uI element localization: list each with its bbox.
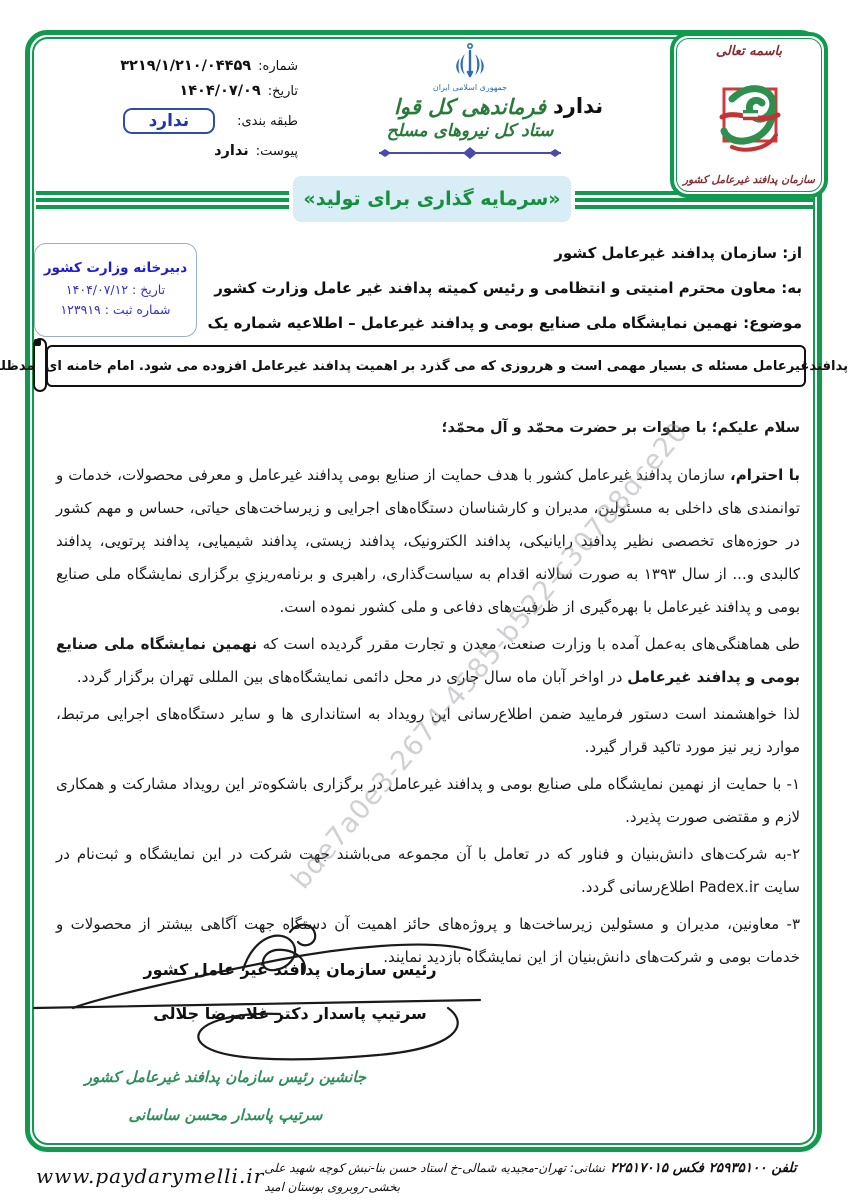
deputy-title: جانشین رئیس سازمان پدافند غیرعامل کشور	[58, 1058, 393, 1096]
number-value: ۳۲۱۹/۱/۲۱۰/۰۴۴۵۹	[120, 58, 251, 74]
letter-page: باسمه تعالی سازمان پدافند غیرعامل کشور ش…	[0, 0, 848, 1200]
to-line: به: معاون محترم امنیتی و انتظامی و رئیس …	[210, 271, 802, 306]
stamp-title: دبیرخانه وزارت کشور	[44, 260, 187, 276]
deputy-signature-block: جانشین رئیس سازمان پدافند غیرعامل کشور س…	[58, 1058, 393, 1134]
scroll-handle-ornament	[33, 338, 47, 392]
footer-address: نشانی: تهران-مجیدیه شمالی-خ استاد حسن بن…	[264, 1161, 605, 1194]
from-line: از: سازمان پدافند غیرعامل کشور	[210, 236, 802, 271]
p2-part-a: طی هماهنگی‌های به‌عمل آمده با وزارت صنعت…	[257, 635, 800, 653]
letter-body: سلام علیکم؛ با صلوات بر حضرت محمّد و آل …	[56, 412, 800, 978]
attachment-value: ندارد	[214, 143, 249, 159]
salutation: سلام علیکم؛ با صلوات بر حضرت محمّد و آل …	[56, 412, 800, 445]
body-paragraph-1: با احترام، سازمان پدافند غیرعامل کشور با…	[56, 459, 800, 624]
classification-label: طبقه بندی:	[237, 114, 298, 129]
body-paragraph-3: لذا خواهشمند است دستور فرمایید ضمن اطلاع…	[56, 698, 800, 764]
center-emblem-block: جمهوری اسلامی ایران فرماندهی کل قوا ستاد…	[360, 42, 580, 164]
attachment-row: پیوست: ندارد	[58, 143, 298, 159]
registration-stamp: دبیرخانه وزارت کشور تاریخ : ۱۴۰۴/۰۷/۱۲ ش…	[34, 243, 197, 337]
footer-address-block: تلفن ۲۵۹۳۵۱۰۰ فکس ۲۲۵۱۷۰۱۵ نشانی: تهران-…	[264, 1157, 816, 1195]
org-header-box: باسمه تعالی سازمان پدافند غیرعامل کشور	[670, 32, 828, 198]
banner-lines-left	[36, 191, 289, 209]
divider-ornament-icon	[375, 146, 565, 160]
subject-line: موضوع: نهمین نمایشگاه ملی صنایع بومی و پ…	[210, 306, 802, 341]
org-name-text: سازمان پدافند غیرعامل کشور	[683, 174, 815, 186]
body-paragraph-2: طی هماهنگی‌های به‌عمل آمده با وزارت صنعت…	[56, 628, 800, 694]
passive-defense-logo-icon	[710, 77, 788, 157]
number-row: شماره: ۳۲۱۹/۱/۲۱۰/۰۴۴۵۹	[58, 58, 298, 74]
classification-row: طبقه بندی: ندارد	[58, 108, 298, 134]
iran-emblem-icon	[453, 42, 487, 82]
p2-part-b: در اواخر آبان ماه سال جاری در محل دائمی …	[77, 668, 627, 686]
basmala-text: باسمه تعالی	[716, 44, 782, 59]
list-item-1: ۱- با حمایت از نهمین نمایشگاه ملی صنایع …	[56, 768, 800, 834]
letter-footer: www.paydarymelli.ir تلفن ۲۵۹۳۵۱۰۰ فکس ۲۲…	[36, 1158, 816, 1194]
letter-routing: از: سازمان پدافند غیرعامل کشور به: معاون…	[210, 236, 802, 341]
supreme-command-text: فرماندهی کل قوا	[360, 94, 580, 120]
list-item-2: ۲-به شرکت‌های دانش‌بنیان و فناور که در ت…	[56, 838, 800, 904]
number-label: شماره:	[258, 59, 298, 74]
attachment-label: پیوست:	[256, 144, 298, 159]
slogan-text: «سرمایه گذاری برای تولید»	[303, 188, 560, 210]
signatory-title: رئیس سازمان پدافند غیر عامل کشور	[90, 948, 490, 992]
slogan-banner: «سرمایه گذاری برای تولید»	[293, 176, 571, 222]
general-staff-text: ستاد کل نیروهای مسلح	[360, 120, 580, 142]
nadarad-note: ندارد	[553, 94, 603, 118]
signatory-name: سرتیپ پاسدار دکتر غلامرضا جلالی	[90, 992, 490, 1036]
deputy-name: سرتیپ پاسدار محسن ساسانی	[58, 1096, 393, 1134]
p1-rest: سازمان پدافند غیرعامل کشور با هدف حمایت …	[56, 466, 800, 616]
letter-meta-left: شماره: ۳۲۱۹/۱/۲۱۰/۰۴۴۵۹ تاریخ: ۱۴۰۴/۰۷/۰…	[58, 58, 298, 168]
stamp-date: تاریخ : ۱۴۰۴/۰۷/۱۲	[66, 280, 165, 300]
date-value: ۱۴۰۴/۰۷/۰۹	[179, 83, 260, 99]
leader-quote-box: مسئله ی پدافندغیرعامل مسئله ی بسیار مهمی…	[46, 345, 806, 387]
date-label: تاریخ:	[268, 84, 298, 99]
website-url: www.paydarymelli.ir	[36, 1164, 264, 1188]
p1-lead-bold: با احترام،	[730, 466, 800, 484]
date-row: تاریخ: ۱۴۰۴/۰۷/۰۹	[58, 83, 298, 99]
footer-phone: تلفن ۲۵۹۳۵۱۰۰ فکس ۲۲۵۱۷۰۱۵	[610, 1160, 797, 1176]
country-name-text: جمهوری اسلامی ایران	[360, 83, 580, 92]
classification-badge: ندارد	[123, 108, 216, 134]
stamp-registration-number: شماره ثبت : ۱۲۳۹۱۹	[60, 300, 170, 320]
leader-quote-text: مسئله ی پدافندغیرعامل مسئله ی بسیار مهمی…	[0, 359, 848, 374]
signature-block: رئیس سازمان پدافند غیر عامل کشور سرتیپ پ…	[90, 948, 490, 1036]
